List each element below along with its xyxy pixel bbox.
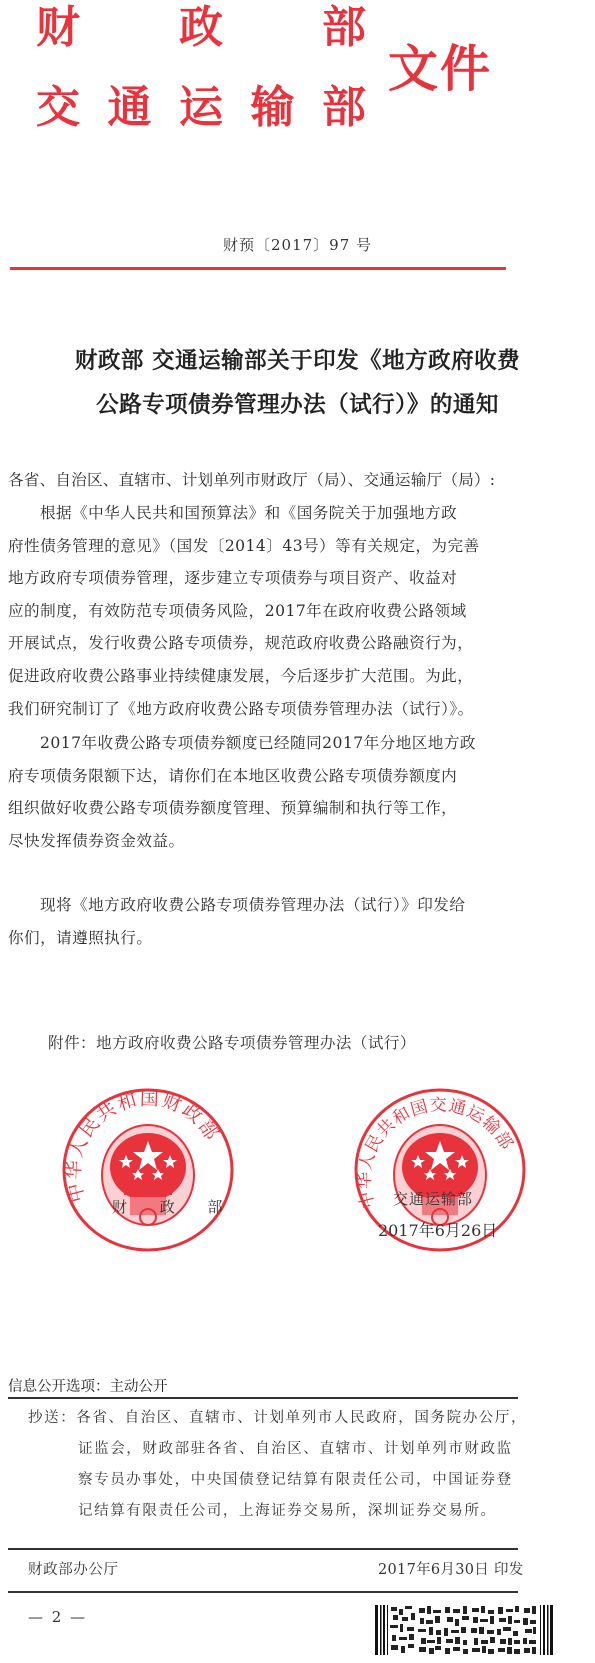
divider [8, 1397, 518, 1399]
header-char: 通 [108, 86, 152, 130]
paragraph-line: 根据《中华人民共和国预算法》和《国务院关于加强地方政 [8, 497, 520, 530]
paragraph-line: 地方政府专项债券管理，逐步建立专项债券与项目资产、收益对 [8, 562, 520, 595]
divider [8, 1591, 518, 1593]
salutation: 各省、自治区、直辖市、计划单列市财政厅（局）、交通运输厅（局）: [8, 464, 593, 497]
paragraph-line: 应的制度，有效防范专项债务风险，2017年在政府收费公路领域 [8, 595, 520, 628]
paragraph-1: 根据《中华人民共和国预算法》和《国务院关于加强地方政 府性债务管理的意见》（国发… [8, 497, 520, 725]
issuing-office: 财政部办公厅 [28, 1558, 119, 1579]
divider [8, 1548, 518, 1550]
barcode-icon [375, 1605, 555, 1655]
paragraph-line: 尽快发挥债券资金效益。 [8, 825, 520, 858]
header-document-suffix: 文件 [388, 44, 492, 94]
cc-line: 证监会，财政部驻各省、自治区、直辖市、计划单列市财政监 [28, 1434, 518, 1465]
document-title-line-2: 公路专项债券管理办法（试行）》的通知 [0, 387, 595, 419]
paragraph-line: 现将《地方政府收费公路专项债券管理办法（试行）》印发给 [8, 889, 520, 922]
paragraph-3: 现将《地方政府收费公路专项债券管理办法（试行）》印发给 你们，请遵照执行。 [8, 889, 520, 954]
paragraph-line: 你们，请遵照执行。 [8, 922, 520, 955]
document-number: 财预〔2017〕97 号 [0, 234, 595, 255]
disclosure-option: 信息公开选项：主动公开 [8, 1375, 168, 1396]
header-char: 运 [179, 86, 223, 130]
cc-line: 抄送：各省、自治区、直辖市、计划单列市人民政府，国务院办公厅， [28, 1403, 518, 1434]
signing-date: 2017年6月26日 [378, 1218, 497, 1241]
header-char: 政 [179, 6, 223, 50]
paragraph-line: 府专项债务限额下达，请你们在本地区收费公路专项债券额度内 [8, 760, 520, 793]
paragraph-line: 府性债务管理的意见》（国发〔2014〕43号）等有关规定，为完善 [8, 530, 520, 563]
header-char: 部 [322, 6, 366, 50]
paragraph-line: 促进政府收费公路事业持续健康发展，今后逐步扩大范围。为此， [8, 660, 520, 693]
ministry-of-transport-signature: 交通运输部 [393, 1188, 473, 1209]
cc-line: 记结算有限责任公司，上海证券交易所，深圳证券交易所。 [28, 1496, 518, 1527]
paragraph-line: 2017年收费公路专项债券额度已经随同2017年分地区地方政 [8, 727, 520, 760]
ministry-of-finance-seal-icon: 中华人民共和国财政部 [58, 1085, 238, 1255]
header-char: 部 [322, 86, 366, 130]
paragraph-line: 我们研究制订了《地方政府收费公路专项债券管理办法（试行）》。 [8, 693, 520, 726]
ministry-of-finance-signature: 财 政 部 [112, 1196, 237, 1217]
header-char: 交 [36, 86, 80, 130]
page-number: — 2 — [28, 1608, 87, 1626]
paragraph-line: 开展试点，发行收费公路专项债券，规范政府收费公路融资行为， [8, 627, 520, 660]
cc-line: 察专员办事处，中央国债登记结算有限责任公司，中国证券登 [28, 1465, 518, 1496]
print-date: 2017年6月30日 印发 [378, 1558, 524, 1579]
header-char: 输 [251, 86, 295, 130]
header-char: 财 [36, 6, 80, 50]
header-ministry-of-finance: 财 政 部 [36, 6, 366, 50]
paragraph-line: 组织做好收费公路专项债券额度管理、预算编制和执行等工作， [8, 792, 520, 825]
document-title-line-1: 财政部 交通运输部关于印发《地方政府收费 [0, 343, 595, 375]
paragraph-2: 2017年收费公路专项债券额度已经随同2017年分地区地方政 府专项债务限额下达… [8, 727, 520, 857]
cc-list: 抄送：各省、自治区、直辖市、计划单列市人民政府，国务院办公厅， 证监会，财政部驻… [28, 1403, 518, 1527]
red-divider [10, 267, 506, 270]
header-ministry-of-transport: 交 通 运 输 部 [36, 86, 366, 130]
attachment-note: 附件：地方政府收费公路专项债券管理办法（试行） [48, 1031, 416, 1053]
